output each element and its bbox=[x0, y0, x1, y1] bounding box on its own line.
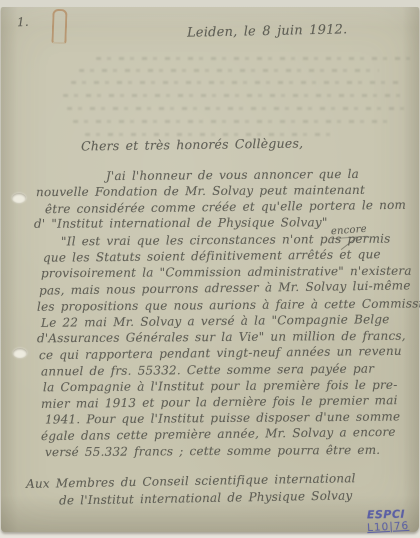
body-line: 1941. Pour que l'Institut puisse dispose… bbox=[45, 409, 400, 426]
inserted-word: encore bbox=[331, 224, 368, 239]
body-line: annuel de frs. 55332. Cette somme sera p… bbox=[41, 362, 374, 379]
footer-address-line: Aux Membres du Conseil scientifique inte… bbox=[26, 471, 356, 491]
body-line: provisoirement la "Commission administra… bbox=[41, 264, 412, 281]
archive-stamp: ESPCI L10|76 bbox=[367, 508, 410, 534]
body-line: être considérée comme créée et qu'elle p… bbox=[45, 198, 406, 216]
bleed-through-line bbox=[63, 94, 408, 97]
bleed-through-line bbox=[67, 107, 407, 110]
body-line: que les Statuts soient définitivement ar… bbox=[43, 247, 381, 265]
bleed-through-line bbox=[71, 81, 401, 84]
archive-stamp-reference: L10|76 bbox=[367, 520, 410, 534]
body-line: égale dans cette première année, Mr. Sol… bbox=[41, 425, 396, 443]
punch-hole-top bbox=[12, 193, 26, 203]
bleed-through-line bbox=[79, 69, 379, 72]
salutation: Chers et très honorés Collègues, bbox=[81, 135, 303, 153]
body-line: Le 22 mai Mr. Solvay a versé à la "Compa… bbox=[41, 312, 390, 330]
bleed-through-line bbox=[96, 57, 411, 60]
footer-address-line: de l'Institut international de Physique … bbox=[59, 488, 353, 507]
body-line: versé 55.332 francs ; cette somme pourra… bbox=[45, 443, 380, 459]
page-number: 1. bbox=[17, 15, 29, 29]
date-line: Leiden, le 8 juin 1912. bbox=[187, 22, 348, 40]
paperclip-rust-mark bbox=[51, 9, 67, 45]
body-line: d'Assurances Générales sur la Vie" un mi… bbox=[37, 329, 406, 346]
body-line: la Compagnie à l'Institut pour la premiè… bbox=[43, 378, 398, 394]
body-line: nouvelle Fondation de Mr. Solvay peut ma… bbox=[36, 183, 365, 199]
punch-hole-bottom bbox=[13, 348, 27, 358]
letter-paper: 1. Leiden, le 8 juin 1912. Chers et très… bbox=[1, 7, 419, 532]
body-line: les propositions que nous aurions à fair… bbox=[37, 296, 420, 314]
bleed-through-line bbox=[73, 120, 393, 123]
body-line: pas, mais nous pourrons adresser à Mr. S… bbox=[39, 278, 411, 297]
body-line: ce qui rapportera pendant vingt-neuf ann… bbox=[39, 344, 402, 362]
body-line: mier mai 1913 et pour la dernière fois l… bbox=[41, 393, 398, 411]
body-line: J'ai l'honneur de vous annoncer que la bbox=[106, 167, 359, 183]
body-line: d' "Institut international de Physique S… bbox=[34, 215, 328, 231]
